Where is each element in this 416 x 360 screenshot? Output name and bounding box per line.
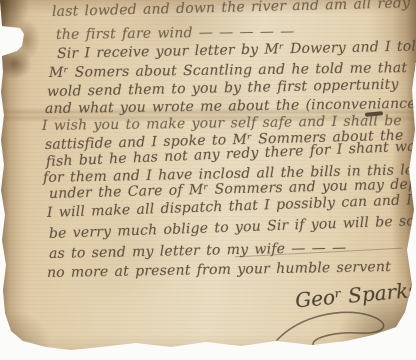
scanned-letter-page: last lowded and down the river and am al… <box>0 0 416 360</box>
signature-flourish <box>272 302 416 354</box>
letter-paper: last lowded and down the river and am al… <box>0 0 416 360</box>
letter-text: last lowded and down the river and am al… <box>0 0 416 360</box>
letter-line: no more at present from your humble serv… <box>47 259 391 281</box>
letter-line: as to send my letter to my wife — — — <box>49 240 347 262</box>
letter-line: the first fare wind — — — — — <box>56 24 295 43</box>
letter-line: last lowded and down the river and am al… <box>52 0 416 20</box>
